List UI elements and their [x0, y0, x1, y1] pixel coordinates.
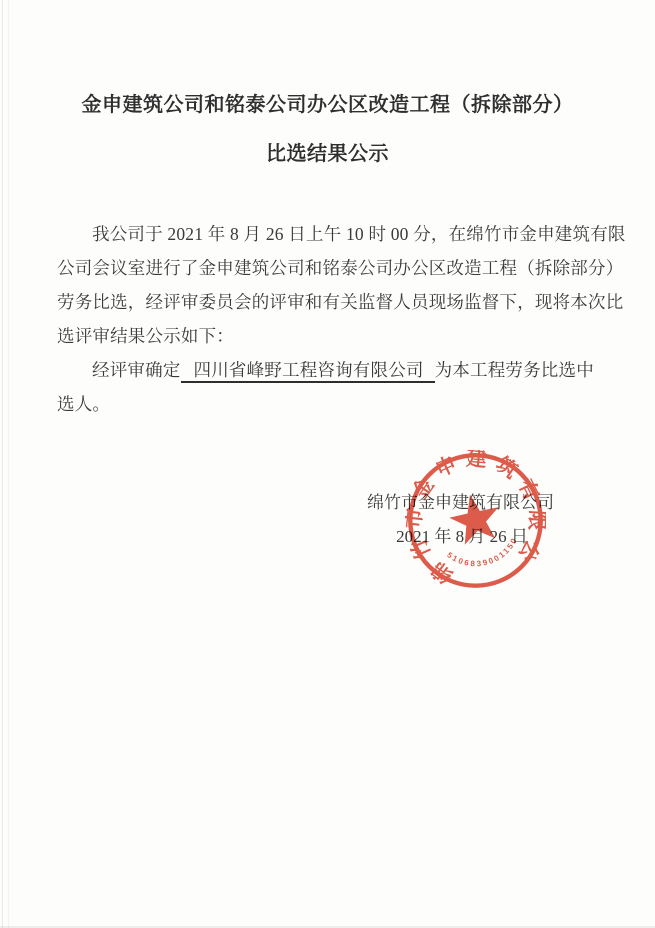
title-line-2: 比选结果公示: [0, 141, 655, 167]
title-line-1: 金申建筑公司和铭泰公司办公区改造工程（拆除部分）: [0, 92, 655, 118]
winner-prefix-text: 经评审确定: [92, 360, 181, 380]
body-paragraph1-line2: 公司会议室进行了金申建筑公司和铭泰公司办公区改造工程（拆除部分）: [57, 251, 601, 285]
body-paragraph2-line1: 经评审确定四川省峰野工程咨询有限公司为本工程劳务比选中: [57, 353, 601, 387]
document-body: 我公司于 2021 年 8 月 26 日上午 10 时 00 分，在绵竹市金申建…: [57, 217, 601, 421]
body-paragraph1-line4: 选评审结果公示如下：: [57, 319, 601, 353]
winner-company-name: 四川省峰野工程咨询有限公司: [181, 360, 435, 383]
body-paragraph1-line1: 我公司于 2021 年 8 月 26 日上午 10 时 00 分，在绵竹市金申建…: [57, 217, 601, 251]
signature-date: 2021 年 8 月 26 日: [367, 526, 557, 547]
signature-block: 绵竹市金申建筑有限公司 2021 年 8 月 26 日: [367, 492, 557, 547]
body-paragraph1-line3: 劳务比选，经评审委员会的评审和有关监督人员现场监督下，现将本次比: [57, 285, 601, 319]
winner-suffix-text: 为本工程劳务比选中: [435, 360, 594, 380]
signature-company: 绵竹市金申建筑有限公司: [367, 492, 557, 513]
body-paragraph2-line2: 选人。: [57, 387, 601, 421]
document-page: 金申建筑公司和铭泰公司办公区改造工程（拆除部分） 比选结果公示 我公司于 202…: [0, 0, 655, 928]
